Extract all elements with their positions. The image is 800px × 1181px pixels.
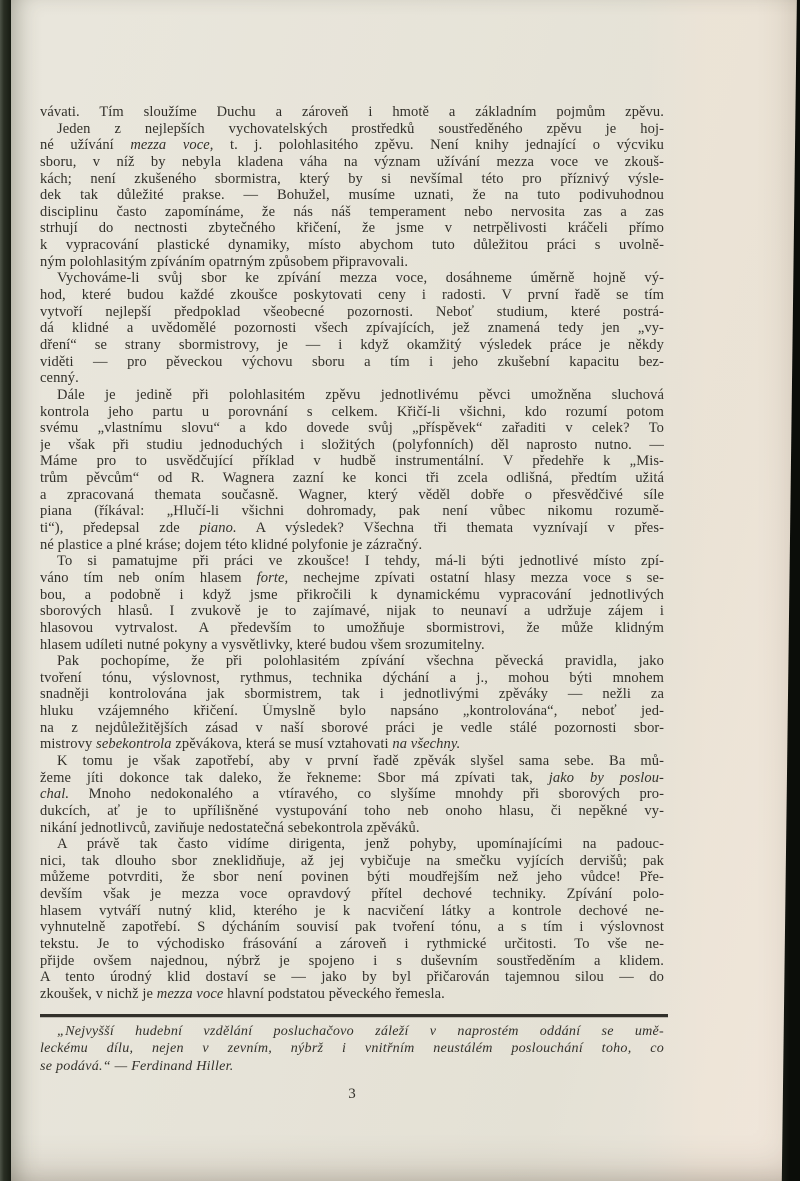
body-line-39: mistrovy sebekontrola zpěvákova, která s…: [40, 736, 664, 753]
body-line-35: tvoření tónu, výslovnost, rythmus, techn…: [40, 670, 664, 687]
body-line-45: A právě tak často vidíme dirigenta, jenž…: [40, 836, 664, 853]
body-line-16: viděti — pro pěveckou výchovu sboru a tí…: [40, 354, 664, 371]
body-line-48: devším však je mezza voce opravdový přít…: [40, 886, 664, 903]
body-line-31: sborových hlasů. I zvukově je to zajímav…: [40, 603, 664, 620]
body-line-44: nikání jednotlivců, zaviňuje nedostatečn…: [40, 820, 664, 837]
body-line-12: hod, které budou každé zkoušce poskytova…: [40, 287, 664, 304]
body-line-4: sboru, v níž by nebyla kladena váha na v…: [40, 154, 664, 171]
body-line-17: cenný.: [40, 370, 664, 387]
body-line-51: tekstu. Je to východisko frásování a zár…: [40, 936, 664, 953]
footnote-quote: „Nejvyšší hudební vzdělání posluchačovo …: [40, 1023, 664, 1075]
body-line-25: piana (říkával: „Hlučí-li všichni dohrom…: [40, 503, 664, 520]
body-line-6: dek tak důležité prakse. — Bohužel, musí…: [40, 187, 664, 204]
body-line-1: vávati. Tím sloužíme Duchu a zároveň i h…: [40, 104, 664, 121]
scanned-book-page: vávati. Tím sloužíme Duchu a zároveň i h…: [0, 0, 800, 1181]
page-paper: vávati. Tím sloužíme Duchu a zároveň i h…: [11, 0, 800, 1181]
body-line-23: trům pěvcům“ od R. Wagnera zazní ke konc…: [40, 470, 664, 487]
body-line-15: dření“ se strany sbormistrovy, je — i kd…: [40, 337, 664, 354]
page-number: 3: [40, 1086, 664, 1103]
body-line-24: a zpracovaná themata současně. Wagner, k…: [40, 487, 664, 504]
body-line-19: kontrola jeho partu u porovnání s celkem…: [40, 404, 664, 421]
body-line-7: disciplinu často zapomínáme, že nás náš …: [40, 204, 664, 221]
body-line-10: ným polohlasitým zpíváním opatrným způso…: [40, 254, 664, 271]
body-line-52: přijde ovšem najednou, nýbrž je spojeno …: [40, 953, 664, 970]
footnote-line-2: leckému dílu, nejen v zevním, nýbrž i vn…: [40, 1040, 664, 1057]
body-line-22: Máme pro to usvědčující příklad v hudbě …: [40, 453, 664, 470]
body-line-43: dukcích, ať je to upřílišněné vystupován…: [40, 803, 664, 820]
footnote-line-1: „Nejvyšší hudební vzdělání posluchačovo …: [40, 1023, 664, 1040]
body-line-41: žeme jíti dokonce tak daleko, že řekneme…: [40, 770, 664, 787]
body-line-30: bou, a podobně i když jsme přikročili k …: [40, 587, 664, 604]
body-line-11: Vychováme-li svůj sbor ke zpívání mezza …: [40, 270, 664, 287]
body-line-37: hluku vzájemného křičení. Úmyslně bylo n…: [40, 703, 664, 720]
body-line-47: můžeme potvrditi, že sbor není povinen b…: [40, 869, 664, 886]
body-line-49: hlasem vytváří nutný klid, kterého je k …: [40, 903, 664, 920]
body-line-2: Jeden z nejlepších vychovatelských prost…: [40, 121, 664, 138]
body-line-36: snadněji kontrolována jak sbormistrem, t…: [40, 686, 664, 703]
body-line-54: zkoušek, v nichž je mezza voce hlavní po…: [40, 986, 664, 1003]
body-line-26: ti“), předepsal zde piano. A výsledek? V…: [40, 520, 664, 537]
body-line-27: né plastice a plné kráse; dojem této kli…: [40, 537, 664, 554]
body-text: vávati. Tím sloužíme Duchu a zároveň i h…: [40, 104, 664, 1003]
body-line-18: Dále je jedině při polohlasitém zpěvu je…: [40, 387, 664, 404]
body-line-28: To si pamatujme při práci ve zkoušce! I …: [40, 553, 664, 570]
body-line-33: hlasem udíleti nutné pokyny a vysvětlivk…: [40, 637, 664, 654]
body-line-29: váno tím neb oním hlasem forte, nechejme…: [40, 570, 664, 587]
body-line-38: na z nejdůležitějších zásad v naší sboro…: [40, 720, 664, 737]
body-line-50: vyhnutelně zapotřebí. S dýcháním souvisí…: [40, 919, 664, 936]
body-line-21: je však při studiu jednoduchých i složit…: [40, 437, 664, 454]
body-line-32: hlasovou vytrvalost. A především to umož…: [40, 620, 664, 637]
body-line-5: kách; není zkušeného sbormistra, který b…: [40, 171, 664, 188]
body-line-53: A tento úrodný klid dostaví se — jako by…: [40, 969, 664, 986]
body-line-9: k vypracování plastické dynamiky, místo …: [40, 237, 664, 254]
book-gutter-edge: [0, 0, 11, 1181]
body-line-14: dá klidné a uvědomělé pozornosti všech z…: [40, 320, 664, 337]
body-line-13: vytvoří nejlepší předpoklad všeobecné po…: [40, 304, 664, 321]
body-line-34: Pak pochopíme, že při polohlasitém zpívá…: [40, 653, 664, 670]
footnote-line-3: se podává.“ — Ferdinand Hiller.: [40, 1058, 664, 1075]
body-line-20: svému „vlastnímu slovu“ a kdo dovede svů…: [40, 420, 664, 437]
body-line-42: chal. Mnoho nedokonalého a vtíravého, co…: [40, 786, 664, 803]
body-line-8: strhují do nectnosti zbytečného křičení,…: [40, 220, 664, 237]
body-line-40: K tomu je však zapotřebí, aby v první řa…: [40, 753, 664, 770]
body-line-46: nici, tak dlouho sbor zneklidňuje, až je…: [40, 853, 664, 870]
body-line-3: né užívání mezza voce, t. j. polohlasité…: [40, 137, 664, 154]
footnote-separator-rule: [40, 1014, 668, 1017]
